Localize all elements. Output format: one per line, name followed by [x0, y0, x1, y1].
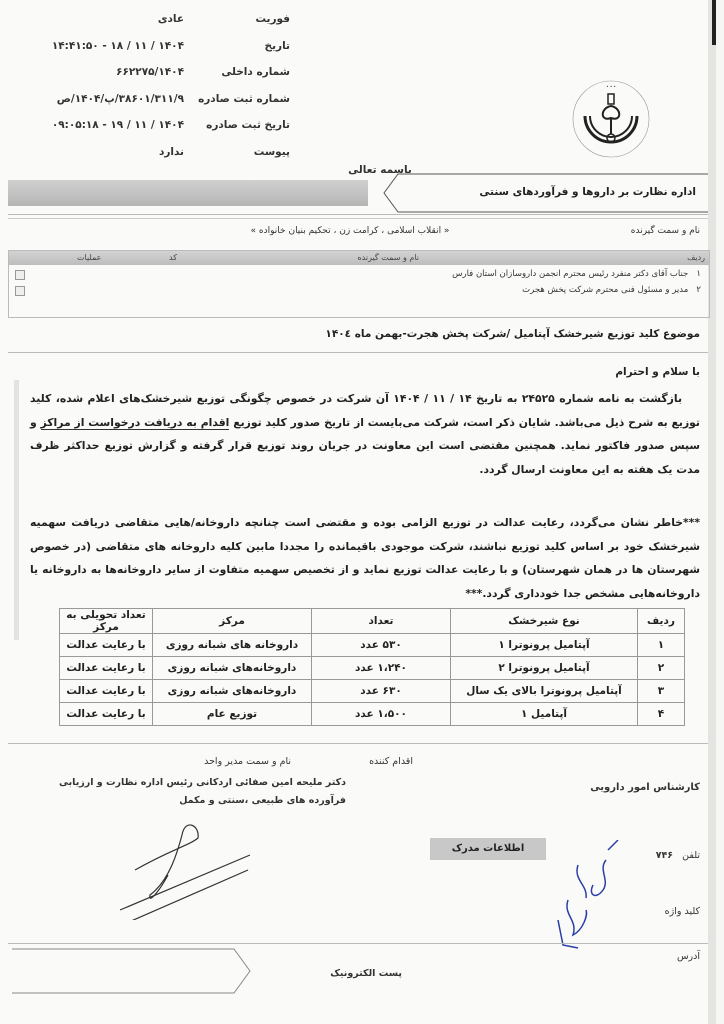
department-banner: اداره نظارت بر داروها و فرآوردهای سنتی [370, 173, 710, 213]
cell-center: داروخانه‌های شبانه روزی [153, 680, 312, 703]
header-code: کد [169, 253, 177, 262]
header-cell: ردیف [638, 609, 685, 634]
recipient-row: ۲ مدیر و مسئول فنی محترم شرکت پخش هجرت [522, 285, 701, 295]
header-cell: تعداد تحویلی به مرکز [60, 609, 153, 634]
cell-formula-type: آپتامیل ۱ [451, 703, 638, 726]
cell-formula-type: آپتامیل پرونوترا بالای یک سال [451, 680, 638, 703]
edit-icon[interactable] [15, 286, 25, 296]
recipients-table: ردیف نام و سمت گیرنده کد عملیات ۱ جناب آ… [8, 250, 710, 318]
meta-value: عادی [30, 13, 190, 25]
table-row: ۱ آپتامیل پرونوترا ۱ ۵۳۰ عدد داروخانه ها… [60, 634, 685, 657]
page-edge [708, 0, 716, 1024]
year-slogan: « انقلاب اسلامی ، کرامت زن ، تحکیم بنیان… [200, 226, 500, 236]
cell-quantity: ۶۳۰ عدد [312, 680, 451, 703]
divider [8, 214, 708, 219]
margin-bar [14, 380, 19, 640]
cell-row-number: ۴ [638, 703, 685, 726]
cell-delivery: با رعایت عدالت [60, 703, 153, 726]
meta-label: شماره ثبت صادره [190, 93, 290, 105]
cell-delivery: با رعایت عدالت [60, 634, 153, 657]
view-icon[interactable] [15, 270, 25, 280]
row-number: ۲ [696, 285, 701, 295]
table-row: ۲ آپتامیل پرونوترا ۲ ۱،۲۴۰ عدد داروخانه‌… [60, 657, 685, 680]
meta-date: تاریخ ۱۴۰۴ / ۱۱ / ۱۸ - ۱۴:۴۱:۵۰ [30, 33, 290, 60]
recipient-label: نام و سمت گیرنده [631, 226, 700, 236]
actor-label: اقدام کننده [369, 756, 413, 767]
manager-value: دکتر ملیحه امین صفائی اردکانی رئیس اداره… [36, 774, 346, 810]
banner-bar [8, 180, 368, 206]
cell-row-number: ۲ [638, 657, 685, 680]
body-paragraph-2: ***خاطر نشان می‌گردد، رعایت عدالت در توز… [30, 511, 700, 605]
email-label: پست الکترونیک [330, 968, 402, 979]
meta-value: ۶۶۲۲۷۵/۱۴۰۴ [30, 66, 190, 78]
header-recipient-name: نام و سمت گیرنده [357, 253, 419, 262]
meta-value: ندارد [30, 146, 190, 158]
meta-value: ۱۴۰۴ / ۱۱ / ۱۸ - ۱۴:۴۱:۵۰ [30, 40, 190, 52]
divider [8, 352, 708, 353]
cell-row-number: ۳ [638, 680, 685, 703]
university-logo: • • • [570, 78, 652, 160]
divider [8, 943, 708, 944]
email-field-frame [12, 948, 252, 994]
cell-quantity: ۱،۲۴۰ عدد [312, 657, 451, 680]
cell-row-number: ۱ [638, 634, 685, 657]
cell-quantity: ۵۳۰ عدد [312, 634, 451, 657]
recipient-name: مدیر و مسئول فنی محترم شرکت پخش هجرت [522, 285, 688, 295]
actor-value: کارشناس امور دارویی [590, 782, 700, 793]
letter-page: فوریت عادی تاریخ ۱۴۰۴ / ۱۱ / ۱۸ - ۱۴:۴۱:… [0, 0, 716, 1024]
cell-center: داروخانه های شبانه روزی [153, 634, 312, 657]
row-number: ۱ [696, 269, 701, 279]
recipients-table-header: ردیف نام و سمت گیرنده کد عملیات [9, 251, 709, 265]
meta-value: ۳۸۶۰۱/۳۱۱/۹/پ/۱۴۰۴/ص [30, 93, 190, 105]
letter-meta: فوریت عادی تاریخ ۱۴۰۴ / ۱۱ / ۱۸ - ۱۴:۴۱:… [30, 6, 290, 165]
meta-outgoing-number: شماره ثبت صادره ۳۸۶۰۱/۳۱۱/۹/پ/۱۴۰۴/ص [30, 86, 290, 113]
phone-label: تلفن [682, 850, 700, 861]
meta-label: تاریخ [190, 40, 290, 52]
address-label: آدرس [677, 951, 700, 962]
table-row: ۴ آپتامیل ۱ ۱،۵۰۰ عدد توزیع عام با رعایت… [60, 703, 685, 726]
recipient-name: جناب آقای دکتر منفرد رئیس محترم انجمن دا… [452, 269, 688, 279]
recipient-row: ۱ جناب آقای دکتر منفرد رئیس محترم انجمن … [452, 269, 701, 279]
divider [8, 743, 708, 744]
document-info-button[interactable]: اطلاعات مدرک [430, 838, 546, 860]
table-row: ۳ آپتامیل پرونوترا بالای یک سال ۶۳۰ عدد … [60, 680, 685, 703]
cell-formula-type: آپتامیل پرونوترا ۲ [451, 657, 638, 680]
meta-internal-number: شماره داخلی ۶۶۲۲۷۵/۱۴۰۴ [30, 59, 290, 86]
header-cell: تعداد [312, 609, 451, 634]
cell-center: توزیع عام [153, 703, 312, 726]
svg-text:• • •: • • • [606, 84, 616, 89]
table-header-row: ردیف نوع شیرخشک تعداد مرکز تعداد تحویلی … [60, 609, 685, 634]
body-paragraph-1: بازگشت به نامه شماره ۲۴۵۲۵ به تاریخ ۱۴ /… [30, 387, 700, 481]
cell-delivery: با رعایت عدالت [60, 680, 153, 703]
keyword-label: کلید واژه [665, 906, 700, 917]
cell-center: داروخانه‌های شبانه روزی [153, 657, 312, 680]
meta-outgoing-date: تاریخ ثبت صادره ۱۴۰۴ / ۱۱ / ۱۹ - ۰۹:۰۵:۱… [30, 112, 290, 139]
header-cell: نوع شیرخشک [451, 609, 638, 634]
scan-edge [712, 0, 716, 45]
letter-subject: موضوع کلید توزیع شیرخشک آپتامیل /شرکت پخ… [325, 328, 700, 340]
cell-quantity: ۱،۵۰۰ عدد [312, 703, 451, 726]
department-name: اداره نظارت بر داروها و فرآوردهای سنتی [479, 186, 696, 198]
distribution-table: ردیف نوع شیرخشک تعداد مرکز تعداد تحویلی … [59, 608, 685, 726]
manager-label: نام و سمت مدیر واحد [204, 756, 291, 767]
phone-field: تلفن ۷۴۶ [656, 850, 700, 861]
underlined-text: اقدام به دریافت درخواست از مراکز [41, 416, 230, 430]
signature [110, 820, 260, 920]
cell-formula-type: آپتامیل پرونوترا ۱ [451, 634, 638, 657]
header-operations: عملیات [77, 253, 101, 262]
header-row-number: ردیف [687, 253, 705, 262]
handwritten-note [548, 840, 628, 950]
meta-value: ۱۴۰۴ / ۱۱ / ۱۹ - ۰۹:۰۵:۱۸ [30, 119, 190, 131]
meta-label: فوریت [190, 13, 290, 25]
greeting: با سلام و احترام [615, 366, 700, 378]
meta-priority: فوریت عادی [30, 6, 290, 33]
phone-value: ۷۴۶ [656, 850, 673, 861]
meta-attachment: پیوست ندارد [30, 139, 290, 166]
meta-label: تاریخ ثبت صادره [190, 119, 290, 131]
meta-label: پیوست [190, 146, 290, 158]
header-cell: مرکز [153, 609, 312, 634]
cell-delivery: با رعایت عدالت [60, 657, 153, 680]
meta-label: شماره داخلی [190, 66, 290, 78]
